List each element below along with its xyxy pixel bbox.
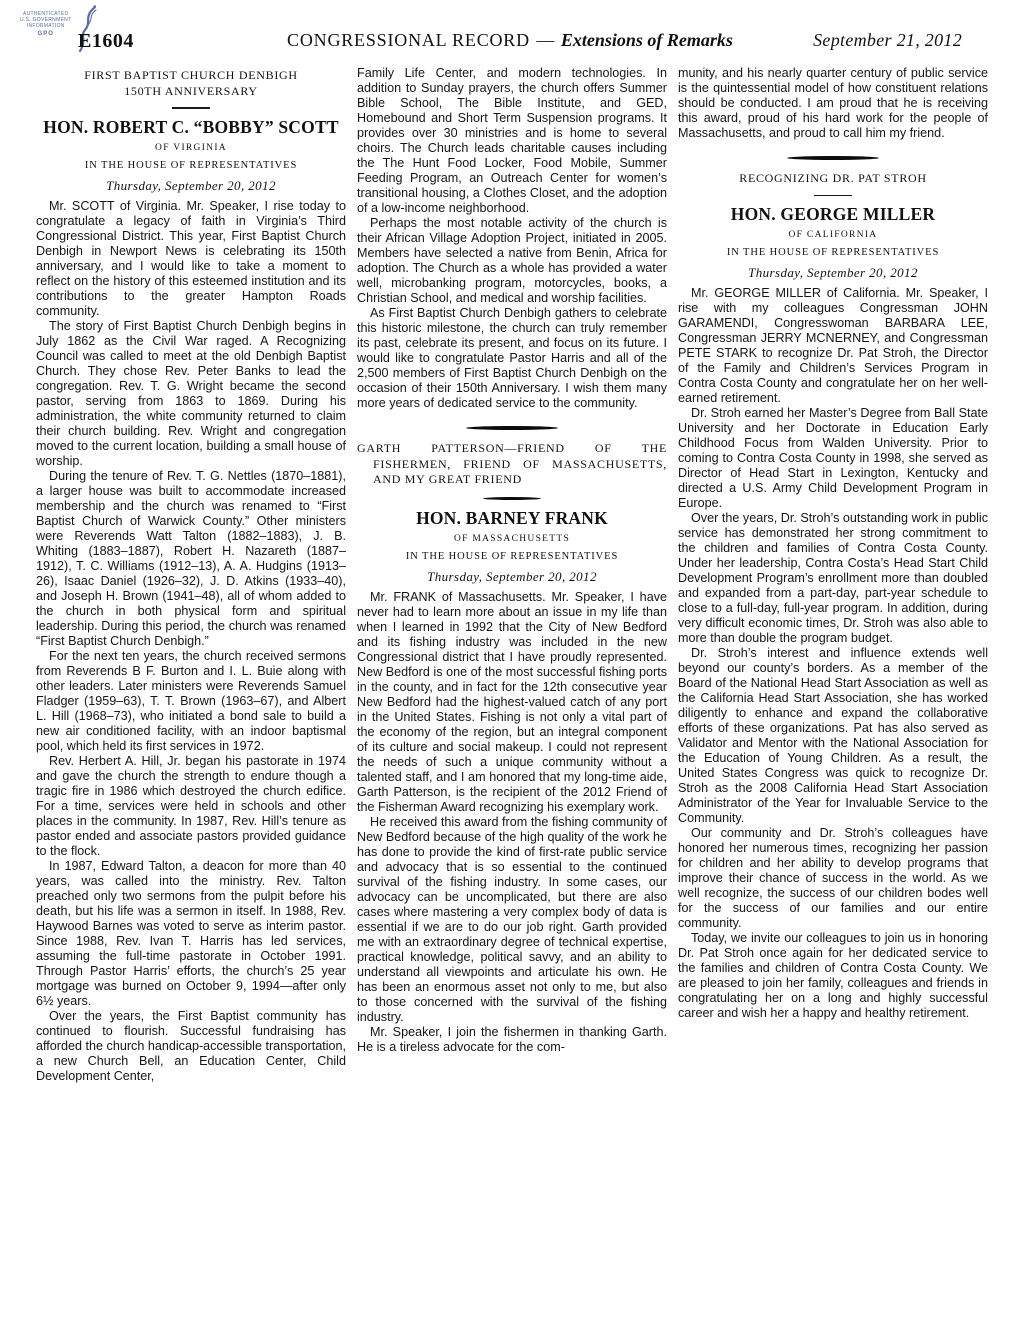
divider-rule — [172, 107, 210, 109]
paragraph: In 1987, Edward Talton, a deacon for mor… — [36, 859, 346, 1009]
masthead: E1604 CONGRESSIONAL RECORD — Extensions … — [0, 0, 1020, 62]
paragraph: Over the years, the First Baptist commun… — [36, 1009, 346, 1084]
paragraph: Today, we invite our colleagues to join … — [678, 931, 988, 1021]
record-title-main: CONGRESSIONAL RECORD — [287, 30, 530, 50]
member-name: HON. ROBERT C. “BOBBY” SCOTT — [36, 117, 346, 137]
paragraph: Perhaps the most notable activity of the… — [357, 216, 667, 306]
member-state: OF CALIFORNIA — [678, 230, 988, 240]
paragraph: Mr. FRANK of Massachusetts. Mr. Speaker,… — [357, 590, 667, 815]
speech-date: Thursday, September 20, 2012 — [36, 178, 346, 194]
article-divider-rule — [787, 156, 879, 160]
member-name: HON. BARNEY FRANK — [357, 508, 667, 528]
member-state: OF MASSACHUSETTS — [357, 534, 667, 544]
member-state: OF VIRGINIA — [36, 143, 346, 153]
member-chamber: IN THE HOUSE OF REPRESENTATIVES — [357, 551, 667, 562]
paragraph: Mr. Speaker, I join the fishermen in tha… — [357, 1025, 667, 1055]
paragraph: Mr. GEORGE MILLER of California. Mr. Spe… — [678, 286, 988, 406]
paragraph: For the next ten years, the church recei… — [36, 649, 346, 754]
paragraph: Mr. SCOTT of Virginia. Mr. Speaker, I ri… — [36, 199, 346, 319]
paragraph: During the tenure of Rev. T. G. Nettles … — [36, 469, 346, 649]
paragraph-continuation: munity, and his nearly quarter century o… — [678, 66, 988, 141]
paragraph: He received this award from the fishing … — [357, 815, 667, 1025]
paragraph: Our community and Dr. Stroh’s colleagues… — [678, 826, 988, 931]
speech-date: Thursday, September 20, 2012 — [357, 569, 667, 585]
column-layout: FIRST BAPTIST CHURCH DENBIGH 150TH ANNIV… — [36, 66, 988, 1084]
paragraph: Over the years, Dr. Stroh’s outstanding … — [678, 511, 988, 646]
column-center: Family Life Center, and modern technolog… — [357, 66, 667, 1084]
section-title: FIRST BAPTIST CHURCH DENBIGH 150TH ANNIV… — [66, 68, 316, 99]
column-left: FIRST BAPTIST CHURCH DENBIGH 150TH ANNIV… — [36, 66, 346, 1084]
section-title: RECOGNIZING DR. PAT STROH — [708, 171, 958, 187]
speech-date: Thursday, September 20, 2012 — [678, 265, 988, 281]
column-right: munity, and his nearly quarter century o… — [678, 66, 988, 1084]
record-title-sub: Extensions of Remarks — [561, 30, 733, 50]
member-name: HON. GEORGE MILLER — [678, 204, 988, 224]
paragraph: The story of First Baptist Church Denbig… — [36, 319, 346, 469]
paragraph: Dr. Stroh earned her Master’s Degree fro… — [678, 406, 988, 511]
paragraph: Rev. Herbert A. Hill, Jr. began his past… — [36, 754, 346, 859]
section-title: GARTH PATTERSON—FRIEND OF THE FISHERMEN,… — [357, 441, 667, 488]
article-divider-rule — [466, 426, 558, 430]
divider-rule — [814, 195, 852, 197]
divider-rule — [483, 497, 541, 500]
paragraph: Dr. Stroh’s interest and influence exten… — [678, 646, 988, 826]
paragraph: As First Baptist Church Denbigh gathers … — [357, 306, 667, 411]
issue-date: September 21, 2012 — [813, 30, 962, 51]
member-chamber: IN THE HOUSE OF REPRESENTATIVES — [678, 247, 988, 258]
member-chamber: IN THE HOUSE OF REPRESENTATIVES — [36, 160, 346, 171]
congressional-record-page: AUTHENTICATED U.S. GOVERNMENT INFORMATIO… — [0, 0, 1020, 1320]
record-title-separator: — — [534, 30, 556, 50]
paragraph-continuation: Family Life Center, and modern technolog… — [357, 66, 667, 216]
